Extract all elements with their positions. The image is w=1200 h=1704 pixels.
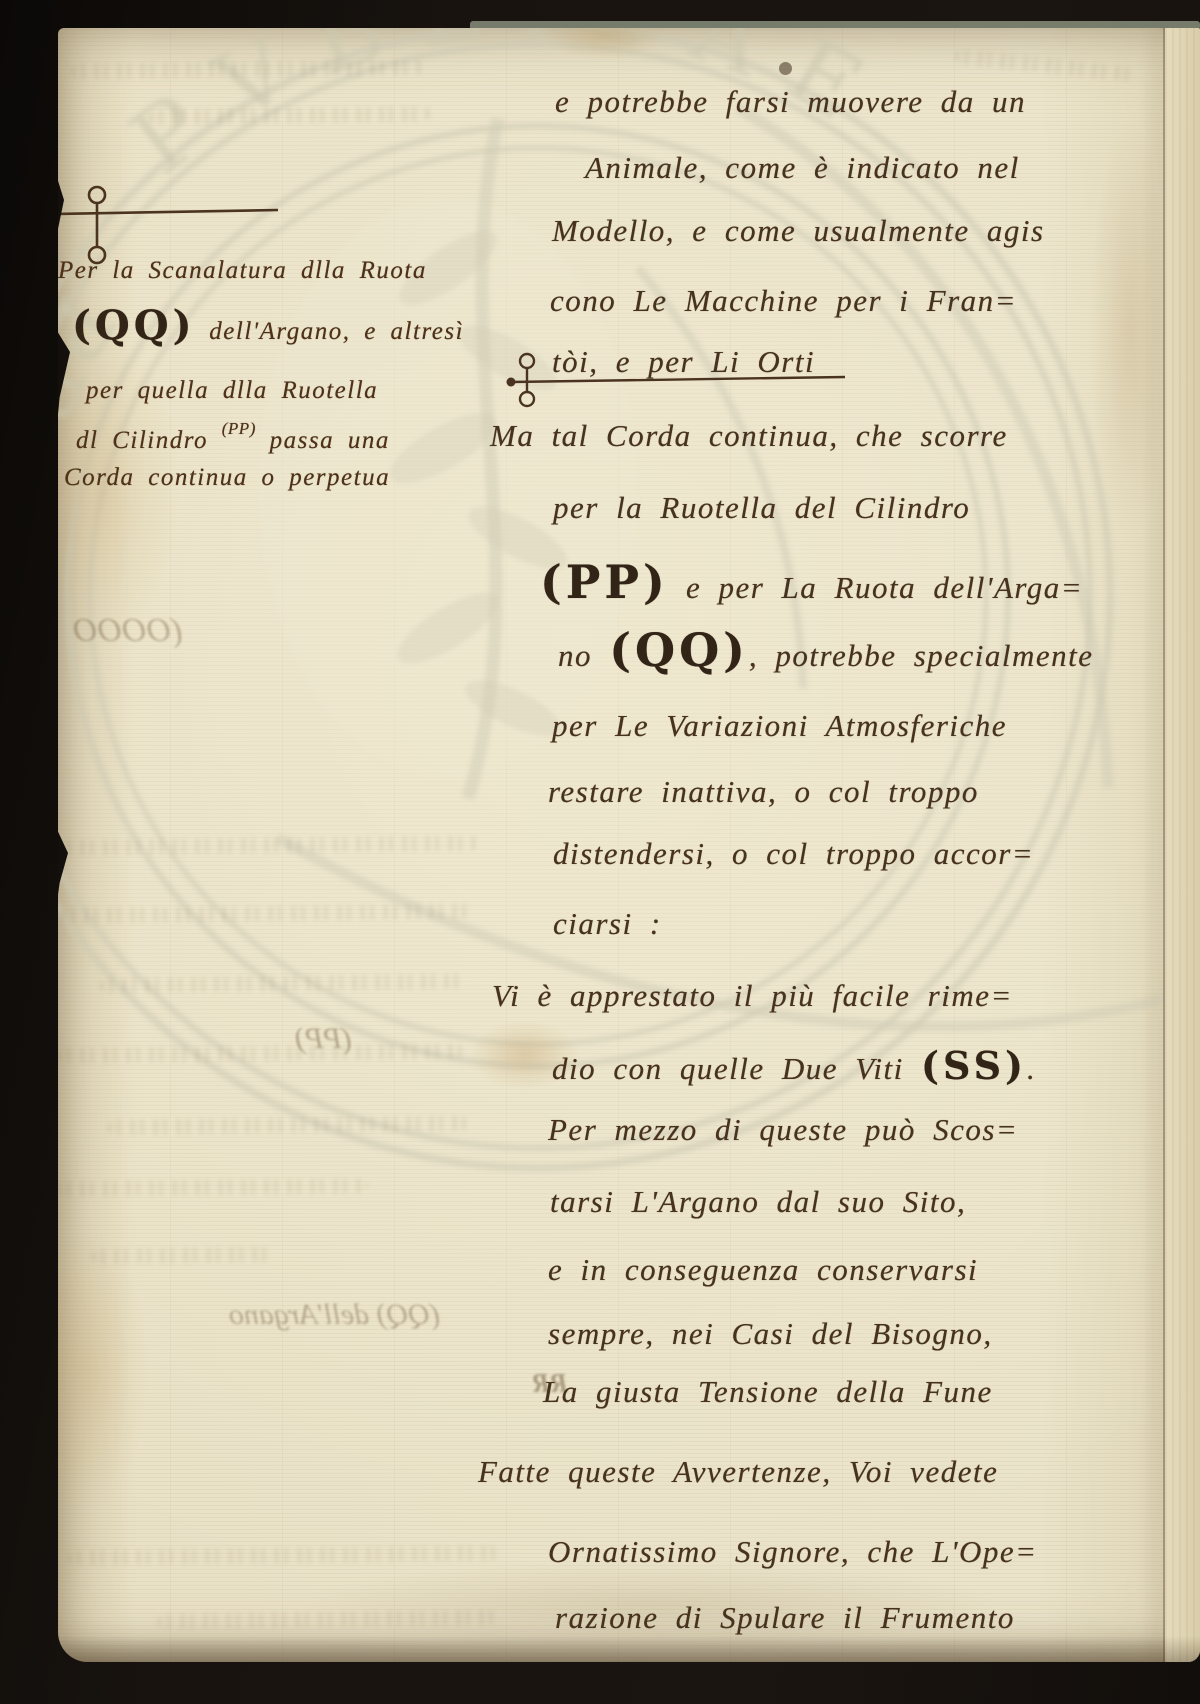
paper-stain — [1090, 120, 1170, 540]
margin-note-line: (QQ) dell'Argano, e altresì — [72, 305, 464, 347]
manuscript-text: Vi è apprestato il più facile rime= — [492, 978, 1013, 1013]
manuscript-scan: PVBLICAE PROSPER — [0, 0, 1200, 1704]
manuscript-text: sempre, nei Casi del Bisogno, — [548, 1316, 993, 1351]
manuscript-line: La giusta Tensione della Fune — [543, 1376, 993, 1409]
bleedthrough-smudge — [62, 903, 472, 923]
paper-stain — [58, 1230, 150, 1510]
manuscript-text: dio con quelle Due Viti — [552, 1051, 921, 1086]
manuscript-line: Fatte queste Avvertenze, Voi vedete — [478, 1456, 998, 1489]
manuscript-line: e potrebbe farsi muovere da un — [555, 86, 1026, 119]
manuscript-text: cono Le Macchine per i Fran= — [550, 283, 1017, 318]
bleedthrough-smudge — [72, 60, 422, 79]
manuscript-line: cono Le Macchine per i Fran= — [550, 285, 1017, 318]
manuscript-text: , potrebbe specialmente — [749, 638, 1094, 673]
manuscript-line: per Le Variazioni Atmosferiche — [552, 710, 1007, 743]
manuscript-text: no — [558, 638, 609, 673]
watermark-wheat-leaves — [381, 218, 576, 746]
manuscript-text: tarsi L'Argano dal suo Sito, — [550, 1184, 966, 1219]
manuscript-line: Ma tal Corda continua, che scorre — [490, 420, 1008, 453]
manuscript-line: Per mezzo di queste può Scos= — [548, 1114, 1018, 1147]
manuscript-line: restare inattiva, o col troppo — [548, 776, 979, 809]
manuscript-line: Animale, come è indicato nel — [585, 152, 1020, 185]
bleedthrough-mark: (OOOO — [73, 612, 183, 650]
margin-note-line: Per la Scanalatura dlla Ruota — [58, 258, 427, 284]
manuscript-text: dl Cilindro — [76, 427, 222, 454]
manuscript-text: distendersi, o col troppo accor= — [553, 836, 1034, 871]
manuscript-text: ciarsi : — [553, 906, 662, 941]
manuscript-text: e per La Ruota dell'Arga= — [669, 570, 1084, 605]
manuscript-text: Ornatissimo Signore, che L'Ope= — [548, 1534, 1038, 1569]
manuscript-emphasis: (PP) — [540, 555, 669, 609]
ink-blot — [779, 62, 792, 75]
page-fold-line — [1163, 28, 1165, 1662]
reference-cross-mark — [58, 183, 281, 268]
manuscript-line: distendersi, o col troppo accor= — [553, 838, 1034, 871]
bleedthrough-smudge — [58, 1178, 368, 1197]
manuscript-line: tarsi L'Argano dal suo Sito, — [550, 1186, 966, 1219]
manuscript-text: Animale, come è indicato nel — [585, 150, 1020, 185]
manuscript-line: sempre, nei Casi del Bisogno, — [548, 1318, 993, 1351]
manuscript-line: Modello, e come usualmente agis — [552, 215, 1045, 248]
manuscript-line: e in conseguenza conservarsi — [548, 1254, 978, 1287]
manuscript-text: dell'Argano, e altresì — [196, 318, 464, 345]
manuscript-text: Modello, e come usualmente agis — [552, 213, 1045, 248]
manuscript-line: (PP) e per La Ruota dell'Arga= — [540, 558, 1083, 606]
margin-note-line: Corda continua o perpetua — [64, 465, 390, 491]
bleedthrough-smudge — [100, 974, 465, 993]
manuscript-line: razione di Spulare il Frumento — [555, 1602, 1015, 1635]
margin-note-line: per quella dlla Ruotella — [86, 378, 378, 404]
manuscript-page: PVBLICAE PROSPER — [58, 28, 1200, 1662]
manuscript-line: Ornatissimo Signore, che L'Ope= — [548, 1536, 1038, 1569]
manuscript-text: . — [1027, 1051, 1036, 1086]
bleedthrough-mark: (QQ) dell'Argano — [110, 1298, 440, 1332]
bleedthrough-smudge — [108, 1116, 468, 1135]
page-edge-wedge — [58, 326, 70, 456]
manuscript-text: Per la Scanalatura dlla Ruota — [58, 257, 427, 284]
manuscript-text: e in conseguenza conservarsi — [548, 1252, 978, 1287]
page-bottom-shadow — [58, 1636, 1200, 1662]
manuscript-text: Fatte queste Avvertenze, Voi vedete — [478, 1454, 998, 1489]
bleedthrough-smudge — [955, 49, 1136, 83]
margin-note-line: dl Cilindro (PP) passa una — [76, 420, 390, 454]
bleedthrough-smudge — [150, 106, 430, 124]
manuscript-line: tòi, e per Li Orti — [552, 346, 815, 379]
watermark-legend-left: PROSPER — [58, 281, 132, 791]
manuscript-line: dio con quelle Due Viti (SS). — [552, 1046, 1036, 1086]
manuscript-text: La giusta Tensione della Fune — [543, 1374, 993, 1409]
manuscript-text: tòi, e per Li Orti — [552, 344, 815, 379]
manuscript-text: passa una — [256, 427, 390, 454]
bleedthrough-smudge — [58, 1044, 463, 1064]
bleedthrough-smudge — [58, 835, 478, 855]
manuscript-line: Vi è apprestato il più facile rime= — [492, 980, 1013, 1013]
manuscript-text: e potrebbe farsi muovere da un — [555, 84, 1026, 119]
manuscript-text: per Le Variazioni Atmosferiche — [552, 708, 1007, 743]
manuscript-line: per la Ruotella del Cilindro — [553, 492, 970, 525]
manuscript-text: Per mezzo di queste può Scos= — [548, 1112, 1018, 1147]
manuscript-text: per quella dlla Ruotella — [86, 377, 378, 404]
bleedthrough-mark: (PP) — [295, 1022, 352, 1056]
paper-stain — [545, 28, 665, 60]
manuscript-text: per la Ruotella del Cilindro — [553, 490, 970, 525]
manuscript-emphasis: (QQ) — [72, 302, 196, 349]
manuscript-text: Ma tal Corda continua, che scorre — [490, 418, 1008, 453]
manuscript-text: Corda continua o perpetua — [64, 464, 390, 491]
bleedthrough-smudge — [92, 1247, 272, 1264]
page-fold-strip — [1165, 28, 1200, 1662]
bleedthrough-smudge — [158, 1610, 498, 1629]
manuscript-emphasis: (SS) — [921, 1043, 1027, 1088]
manuscript-emphasis: (PP) — [222, 419, 256, 438]
manuscript-emphasis: (QQ) — [609, 623, 749, 677]
manuscript-line: ciarsi : — [553, 908, 662, 941]
bleedthrough-smudge — [68, 1545, 498, 1565]
manuscript-line: no (QQ), potrebbe specialmente — [558, 626, 1094, 674]
manuscript-text: razione di Spulare il Frumento — [555, 1600, 1015, 1635]
manuscript-text: restare inattiva, o col troppo — [548, 774, 979, 809]
